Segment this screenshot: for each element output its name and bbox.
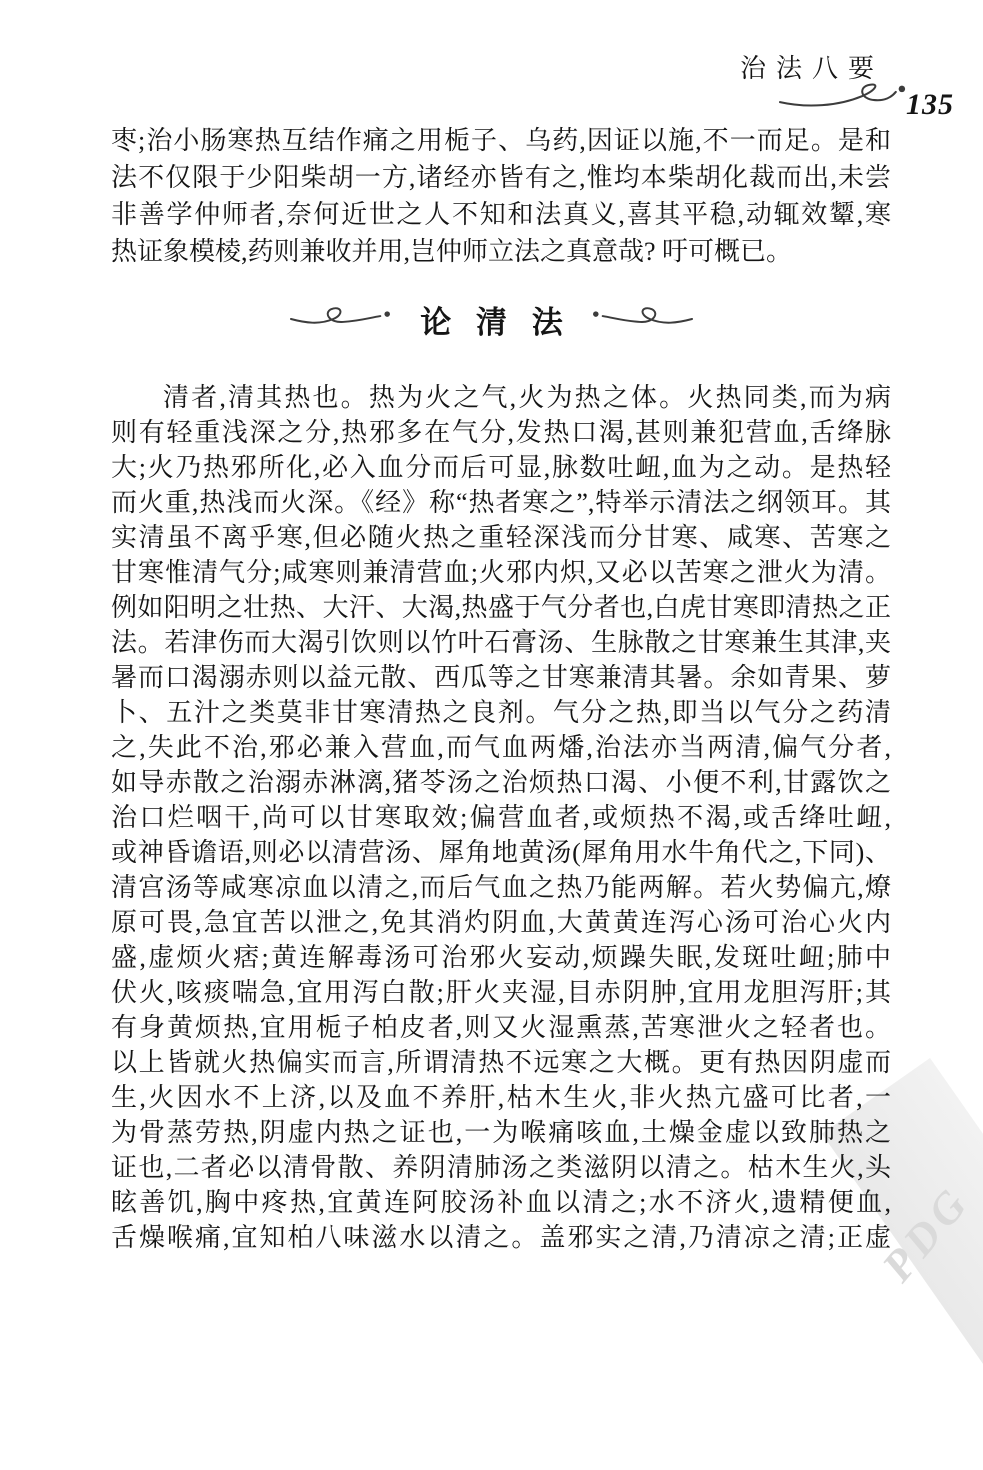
text-line: 生,火因水不上济,以及血不养肝,枯木生火,非火热亢盛可比者,一 [111, 1080, 891, 1115]
text-line: 如导赤散之治溺赤淋漓,猪苓汤之治烦热口渴、小便不利,甘露饮之 [111, 765, 891, 800]
text-line: 为骨蒸劳热,阴虚内热之证也,一为喉痛咳血,土燥金虚以致肺热之 [111, 1115, 891, 1150]
section-heading: 论清法 [0, 294, 983, 344]
text-line: 原可畏,急宜苦以泄之,免其消灼阴血,大黄黄连泻心汤可治心火内 [111, 905, 891, 940]
text-line: 实清虽不离乎寒,但必随火热之重轻深浅而分甘寒、咸寒、苦寒之用。 [111, 520, 891, 555]
text-line: 非善学仲师者,奈何近世之人不知和法真义,喜其平稳,动辄效颦,寒 [111, 196, 891, 233]
text-line: 治口烂咽干,尚可以甘寒取效;偏营血者,或烦热不渴,或舌绛吐衄, [111, 800, 891, 835]
text-line: 清宫汤等咸寒凉血以清之,而后气血之热乃能两解。若火势偏亢,燎 [111, 870, 891, 905]
book-page: PDG 治法八要 135 枣;治小肠寒热互结作痛之用栀子、乌药,因证以施,不一而… [0, 0, 983, 1470]
text-line: 卜、五汁之类莫非甘寒清热之良剂。气分之热,即当以气分之药清 [111, 695, 891, 730]
intro-paragraph: 枣;治小肠寒热互结作痛之用栀子、乌药,因证以施,不一而足。是和 法不仅限于少阳柴… [111, 122, 891, 270]
text-line: 清者,清其热也。热为火之气,火为热之体。火热同类,而为病 [111, 380, 891, 415]
page-number: 135 [906, 88, 954, 122]
text-line: 证也,二者必以清骨散、养阴清肺汤之类滋阴以清之。枯木生火,头 [111, 1150, 891, 1185]
text-line: 甘寒惟清气分;咸寒则兼清营血;火邪内炽,又必以苦寒之泄火为清。 [111, 555, 891, 590]
text-line: 或神昏谵语,则必以清营汤、犀角地黄汤(犀角用水牛角代之,下同)、 [111, 835, 891, 870]
text-line: 而火重,热浅而火深。《经》称“热者寒之”,特举示清法之纲领耳。其 [111, 485, 891, 520]
text-line: 暑而口渴溺赤则以益元散、西瓜等之甘寒兼清其暑。余如青果、萝 [111, 660, 891, 695]
text-line: 法。若津伤而大渴引饮则以竹叶石膏汤、生脉散之甘寒兼生其津,夹 [111, 625, 891, 660]
header-flourish-icon [779, 80, 909, 112]
text-line: 舌燥喉痛,宜知柏八味滋水以清之。盖邪实之清,乃清凉之清;正虚 [111, 1220, 891, 1255]
text-line: 例如阳明之壮热、大汗、大渴,热盛于气分者也,白虎甘寒即清热之正 [111, 590, 891, 625]
text-line: 有身黄烦热,宜用栀子柏皮者,则又火湿熏蒸,苦寒泄火之轻者也。 [111, 1010, 891, 1045]
flourish-right-icon [585, 305, 693, 333]
text-line: 之,失此不治,邪必兼入营血,而气血两燔,治法亦当两清,偏气分者, [111, 730, 891, 765]
text-line: 盛,虚烦火痞;黄连解毒汤可治邪火妄动,烦躁失眠,发斑吐衄;肺中 [111, 940, 891, 975]
text-line: 法不仅限于少阳柴胡一方,诸经亦皆有之,惟均本柴胡化裁而出,未尝 [111, 159, 891, 196]
text-line: 热证象模棱,药则兼收并用,岂仲师立法之真意哉? 吁可概已。 [111, 233, 891, 270]
section-title: 论清法 [420, 297, 587, 342]
flourish-left-icon [290, 305, 398, 333]
body-paragraph: 清者,清其热也。热为火之气,火为热之体。火热同类,而为病 则有轻重浅深之分,热邪… [111, 380, 891, 1255]
text-line: 以上皆就火热偏实而言,所谓清热不远寒之大概。更有热因阴虚而 [111, 1045, 891, 1080]
text-line: 眩善饥,胸中疼热,宜黄连阿胶汤补血以清之;水不济火,遗精便血, [111, 1185, 891, 1220]
text-line: 大;火乃热邪所化,必入血分而后可显,脉数吐衄,血为之动。是热轻 [111, 450, 891, 485]
text-line: 枣;治小肠寒热互结作痛之用栀子、乌药,因证以施,不一而足。是和 [111, 122, 891, 159]
text-line: 则有轻重浅深之分,热邪多在气分,发热口渴,甚则兼犯营血,舌绛脉 [111, 415, 891, 450]
text-line: 伏火,咳痰喘急,宜用泻白散;肝火夹湿,目赤阴肿,宜用龙胆泻肝;其 [111, 975, 891, 1010]
